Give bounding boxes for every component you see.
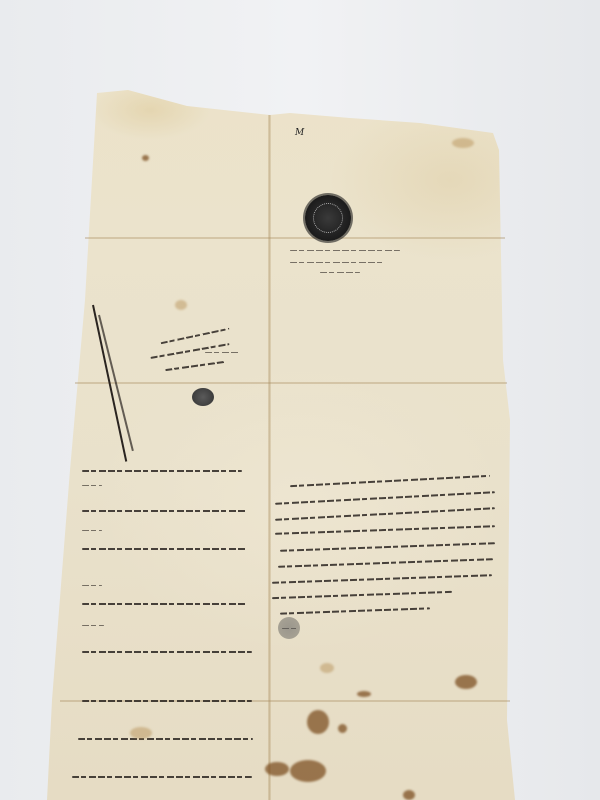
horizontal-fold-crease [75, 382, 507, 384]
text-line [290, 262, 385, 263]
stain [357, 691, 371, 697]
stain [455, 675, 477, 689]
document-photo: M [0, 0, 600, 800]
top-mark: M [295, 128, 304, 138]
stain [403, 790, 415, 800]
vertical-fold-crease [268, 115, 271, 800]
text-line [78, 738, 253, 740]
stain [130, 727, 152, 739]
ink-stain [142, 155, 149, 161]
stain [175, 300, 187, 310]
text-line [82, 485, 102, 486]
text-line [82, 625, 104, 626]
small-seal [278, 617, 300, 639]
text-line [72, 776, 252, 778]
text-line [82, 470, 242, 472]
text-line [320, 272, 360, 273]
stain [452, 138, 474, 148]
text-line [82, 603, 247, 605]
text-line [82, 548, 247, 550]
text-line [82, 651, 252, 653]
text-line [82, 510, 247, 512]
text-line [290, 250, 400, 251]
stain [338, 724, 347, 733]
marginal-inscription [92, 305, 132, 465]
large-seal [305, 195, 351, 241]
horizontal-fold-crease [85, 237, 505, 239]
stain [307, 710, 329, 734]
small-seal [192, 388, 214, 406]
stain [320, 663, 334, 673]
stain [290, 760, 326, 782]
signature-stroke [205, 352, 240, 353]
text-line [82, 530, 102, 531]
paper-sheet [0, 0, 600, 800]
text-line [82, 585, 102, 586]
stain [265, 762, 289, 776]
text-line [82, 700, 252, 702]
